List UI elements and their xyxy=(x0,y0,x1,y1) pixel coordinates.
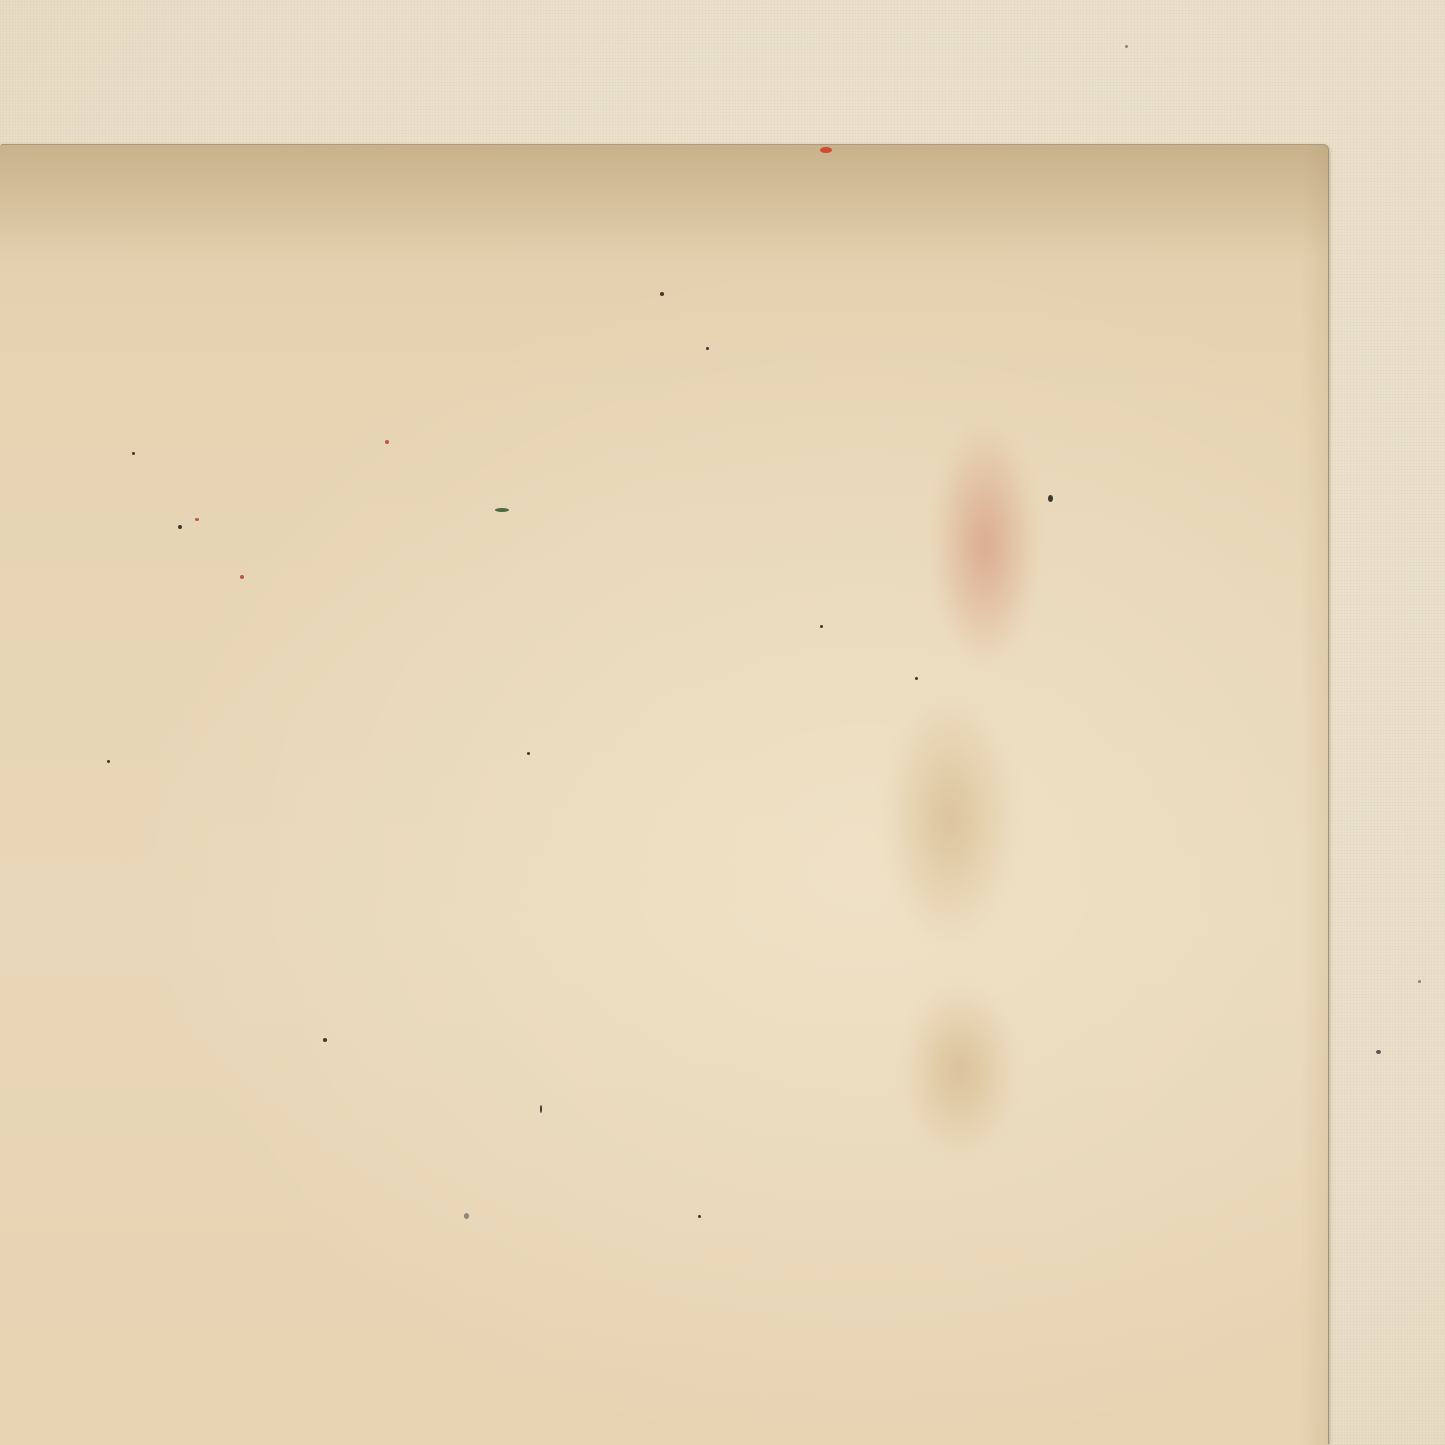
foxing-stain xyxy=(900,980,1020,1160)
paper-speck xyxy=(240,575,244,579)
paper-speck xyxy=(1048,495,1053,502)
paper-speck xyxy=(540,1105,542,1113)
paper-speck xyxy=(915,677,918,680)
paper-speck xyxy=(527,752,530,755)
paper-speck xyxy=(706,347,709,350)
paper-speck xyxy=(1376,1050,1381,1054)
paper-speck xyxy=(820,625,823,628)
paper-speck xyxy=(178,525,182,529)
paper-speck xyxy=(495,508,509,512)
paper-speck xyxy=(1418,980,1421,983)
paper-speck xyxy=(132,452,135,455)
foxing-stain xyxy=(930,420,1040,670)
paper-speck xyxy=(385,440,389,444)
paper-speck xyxy=(660,292,664,296)
paper-speck xyxy=(107,760,110,763)
paper-speck xyxy=(698,1215,701,1218)
paper-speck xyxy=(1125,45,1128,48)
aged-paper-sheet xyxy=(0,145,1328,1445)
paper-speck xyxy=(464,1213,469,1219)
paper-speck xyxy=(323,1038,327,1042)
paper-speck xyxy=(195,518,199,521)
paper-speck xyxy=(820,147,832,153)
foxing-stain xyxy=(880,690,1020,950)
